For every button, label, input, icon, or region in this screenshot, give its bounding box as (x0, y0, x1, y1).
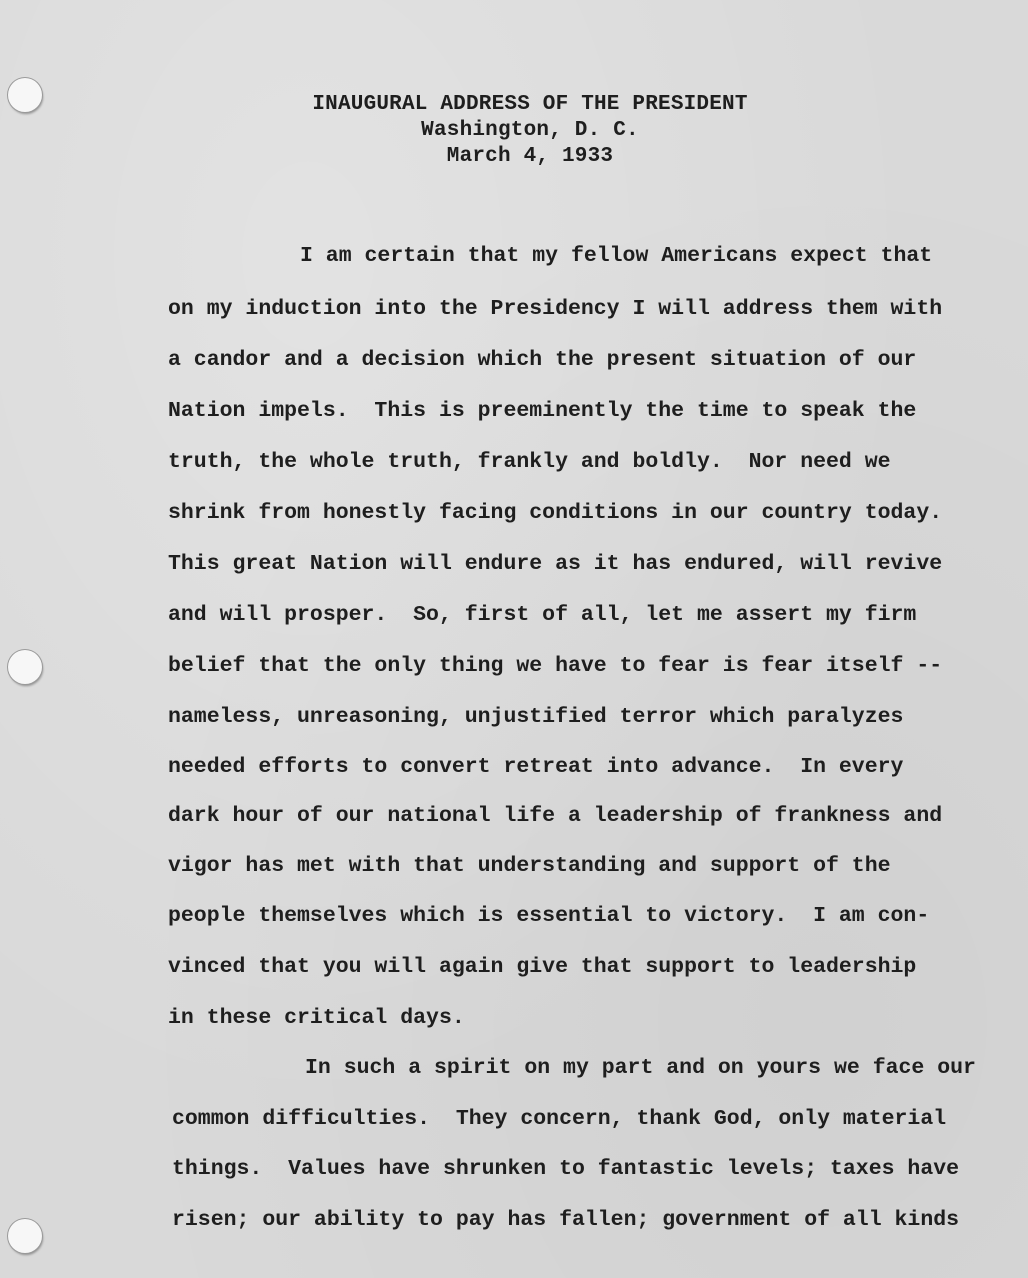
punch-hole (8, 1219, 42, 1253)
text-line: things. Values have shrunken to fantasti… (172, 1156, 959, 1182)
text-line: I am certain that my fellow Americans ex… (300, 243, 932, 269)
text-line: vinced that you will again give that sup… (168, 954, 916, 980)
document-title: INAUGURAL ADDRESS OF THE PRESIDENT (250, 92, 810, 118)
text-line: and will prosper. So, first of all, let … (168, 602, 916, 628)
text-line: This great Nation will endure as it has … (168, 551, 942, 577)
text-line: risen; our ability to pay has fallen; go… (172, 1207, 959, 1233)
text-line: In such a spirit on my part and on yours… (305, 1055, 976, 1081)
document-location: Washington, D. C. (250, 118, 810, 144)
text-line: dark hour of our national life a leaders… (168, 803, 942, 829)
text-line: Nation impels. This is preeminently the … (168, 398, 916, 424)
text-line: common difficulties. They concern, thank… (172, 1106, 946, 1132)
text-line: belief that the only thing we have to fe… (168, 653, 942, 679)
text-line: shrink from honestly facing conditions i… (168, 500, 942, 526)
text-line: nameless, unreasoning, unjustified terro… (168, 704, 903, 730)
text-line: on my induction into the Presidency I wi… (168, 296, 942, 322)
text-line: people themselves which is essential to … (168, 903, 929, 929)
typewritten-page: INAUGURAL ADDRESS OF THE PRESIDENT Washi… (0, 0, 1028, 1278)
text-line: a candor and a decision which the presen… (168, 347, 916, 373)
punch-hole (8, 650, 42, 684)
text-line: in these critical days. (168, 1005, 465, 1031)
text-line: needed efforts to convert retreat into a… (168, 754, 903, 780)
text-line: vigor has met with that understanding an… (168, 853, 891, 879)
punch-hole (8, 78, 42, 112)
text-line: truth, the whole truth, frankly and bold… (168, 449, 891, 475)
document-date: March 4, 1933 (250, 144, 810, 170)
